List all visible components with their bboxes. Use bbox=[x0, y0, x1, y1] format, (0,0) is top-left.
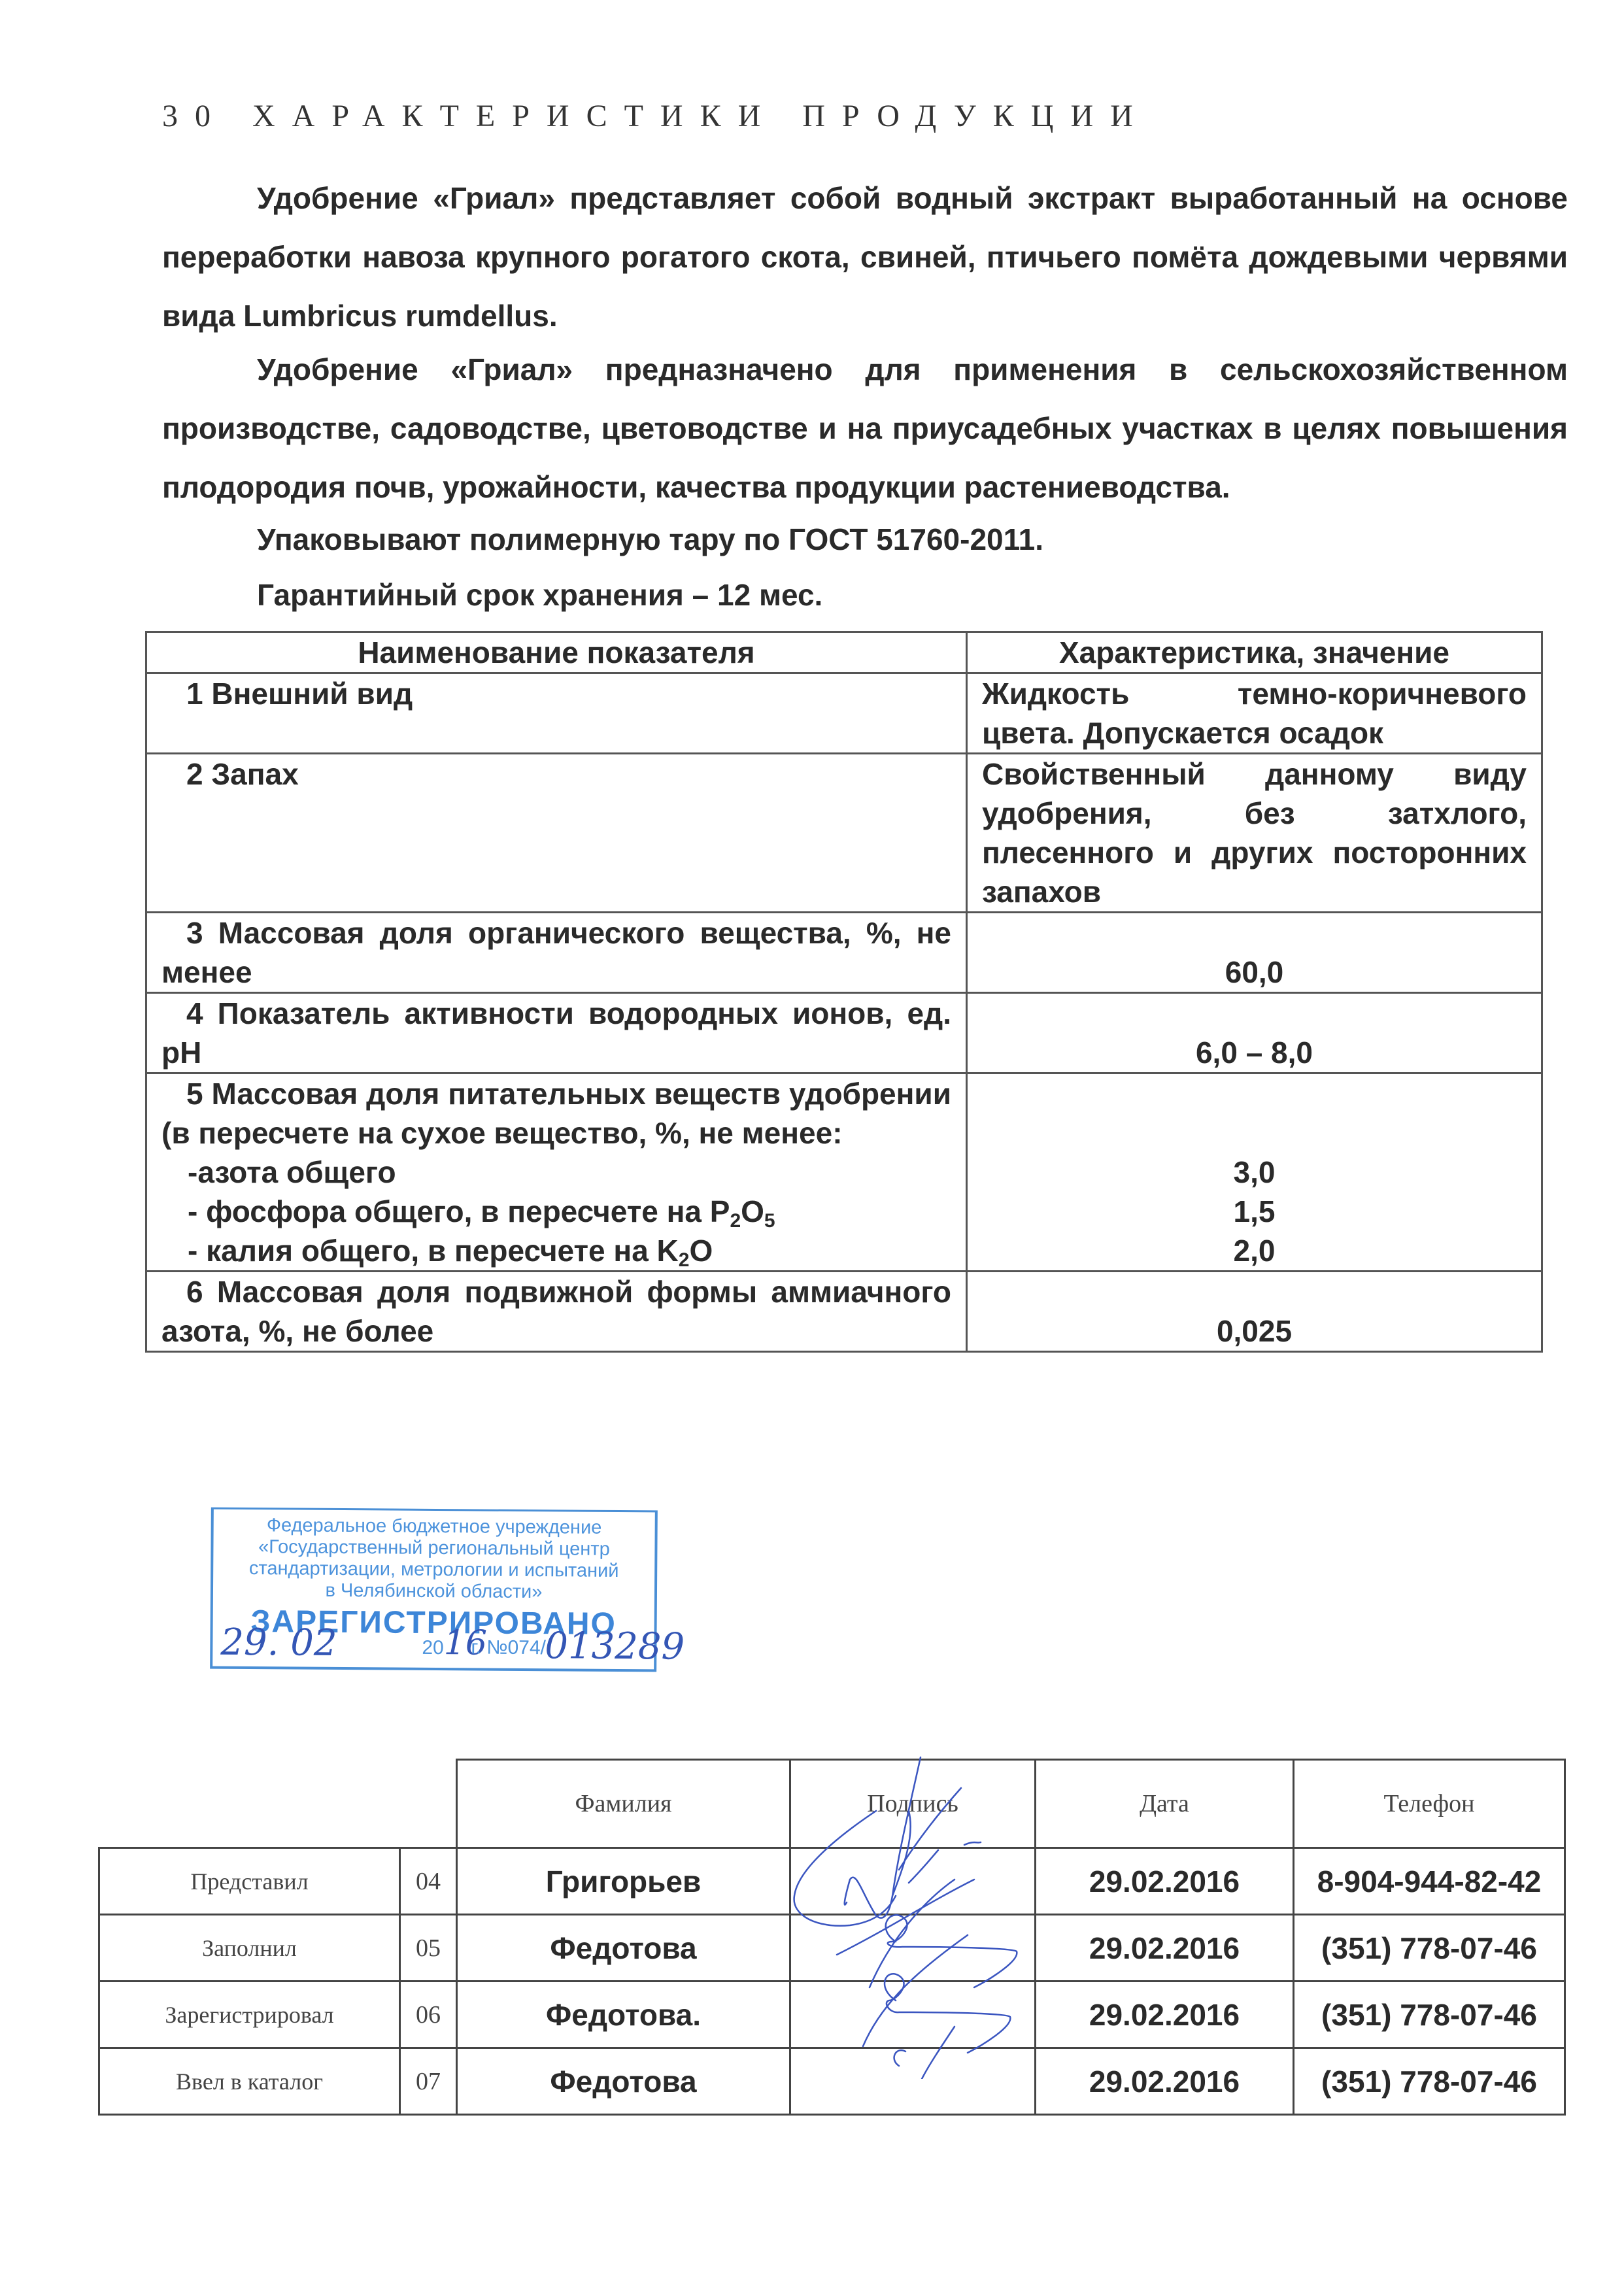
code-cell: 05 bbox=[400, 1915, 457, 1982]
code-cell: 07 bbox=[400, 2048, 457, 2115]
table-row: 6 Массовая доля подвижной формы аммиачно… bbox=[146, 1272, 1542, 1352]
stamp-org-line: в Челябинской области» bbox=[213, 1579, 654, 1604]
indicator-value: 60,0 bbox=[967, 913, 1542, 993]
table-row: Ввел в каталог 07 Федотова 29.02.2016 (3… bbox=[99, 2048, 1565, 2115]
phone-cell: 8-904-944-82-42 bbox=[1294, 1848, 1565, 1915]
table-row: 1 Внешний вид Жидкость темно-коричневого… bbox=[146, 673, 1542, 754]
indicator-label-text: 4 Показатель активности водородных ионов… bbox=[161, 996, 951, 1070]
surname-cell: Федотова. bbox=[457, 1982, 790, 2048]
date-cell: 29.02.2016 bbox=[1036, 1915, 1294, 1982]
indicator-label-text: 3 Массовая доля органического вещества, … bbox=[161, 916, 951, 989]
column-header-indicator: Наименование показателя bbox=[146, 632, 967, 673]
column-header-signature: Подпись bbox=[790, 1760, 1036, 1848]
table-row: Заполнил 05 Федотова 29.02.2016 (351) 77… bbox=[99, 1915, 1565, 1982]
paragraph-text: Гарантийный срок хранения – 12 мес. bbox=[257, 578, 822, 612]
paragraph-text: Упаковывают полимерную тару по ГОСТ 5176… bbox=[257, 522, 1043, 556]
role-cell: Зарегистрировал bbox=[99, 1982, 400, 2048]
stamp-org-line: «Государственный региональный центр bbox=[213, 1536, 654, 1561]
date-cell: 29.02.2016 bbox=[1036, 1982, 1294, 2048]
surname-cell: Федотова bbox=[457, 1915, 790, 1982]
indicator-label-text: 6 Массовая доля подвижной формы аммиачно… bbox=[161, 1275, 951, 1348]
registration-header-row: Фамилия Подпись Дата Телефон bbox=[99, 1760, 1565, 1848]
paragraph-text: Удобрение «Гриал» предназначено для прим… bbox=[162, 352, 1568, 504]
paragraph-purpose: Удобрение «Гриал» предназначено для прим… bbox=[162, 340, 1568, 516]
table-row: 3 Массовая доля органического вещества, … bbox=[146, 913, 1542, 993]
paragraph-shelf-life: Гарантийный срок хранения – 12 мес. bbox=[162, 565, 1568, 624]
paragraph-text: Удобрение «Гриал» представляет собой вод… bbox=[162, 181, 1568, 333]
table-row: 2 Запах Свойственный данному виду удобре… bbox=[146, 754, 1542, 913]
indicator-label: 2 Запах bbox=[146, 754, 967, 913]
role-cell: Ввел в каталог bbox=[99, 2048, 400, 2115]
nutrient-nitrogen-label: -азота общего bbox=[161, 1153, 951, 1192]
registration-table: Фамилия Подпись Дата Телефон Представил … bbox=[98, 1759, 1566, 2116]
code-cell: 04 bbox=[400, 1848, 457, 1915]
stamp-handwritten-date: 29. 02 bbox=[220, 1621, 337, 1664]
section-title: 30 ХАРАКТЕРИСТИКИ ПРОДУКЦИИ bbox=[162, 98, 1150, 134]
nutrient-potassium-label: - калия общего, в пересчете на K2O bbox=[161, 1231, 951, 1270]
nutrient-phosphorus-value: 1,5 bbox=[982, 1192, 1527, 1231]
nutrient-phosphorus-label: - фосфора общего, в пересчете на P2O5 bbox=[161, 1192, 951, 1231]
column-header-surname: Фамилия bbox=[457, 1760, 790, 1848]
surname-cell: Григорьев bbox=[457, 1848, 790, 1915]
indicator-label: 6 Массовая доля подвижной формы аммиачно… bbox=[146, 1272, 967, 1352]
indicator-value: Свойственный данному виду удобрения, без… bbox=[967, 754, 1542, 913]
stamp-number-prefix: г. №074/ bbox=[471, 1636, 546, 1659]
indicator-label: 3 Массовая доля органического вещества, … bbox=[146, 913, 967, 993]
table-row: Зарегистрировал 06 Федотова. 29.02.2016 … bbox=[99, 1982, 1565, 2048]
table-row: Представил 04 Григорьев 29.02.2016 8-904… bbox=[99, 1848, 1565, 1915]
signature-cell bbox=[790, 1982, 1036, 2048]
date-cell: 29.02.2016 bbox=[1036, 1848, 1294, 1915]
indicator-value: Жидкость темно-коричневого цвета. Допуск… bbox=[967, 673, 1542, 754]
signature-cell bbox=[790, 1848, 1036, 1915]
role-cell: Заполнил bbox=[99, 1915, 400, 1982]
indicator-label: 4 Показатель активности водородных ионов… bbox=[146, 993, 967, 1073]
column-header-value: Характеристика, значение bbox=[967, 632, 1542, 673]
indicator-label: 5 Массовая доля питательных веществ удоб… bbox=[146, 1073, 967, 1272]
nutrient-potassium-value: 2,0 bbox=[982, 1231, 1527, 1270]
role-cell: Представил bbox=[99, 1848, 400, 1915]
signature-cell bbox=[790, 2048, 1036, 2115]
phone-cell: (351) 778-07-46 bbox=[1294, 1915, 1565, 1982]
indicator-label-text: 5 Массовая доля питательных веществ удоб… bbox=[161, 1074, 951, 1153]
nutrient-nitrogen-value: 3,0 bbox=[982, 1153, 1527, 1192]
specs-header-row: Наименование показателя Характеристика, … bbox=[146, 632, 1542, 673]
signature-cell bbox=[790, 1915, 1036, 1982]
phone-cell: (351) 778-07-46 bbox=[1294, 1982, 1565, 2048]
registration-stamp: Федеральное бюджетное учреждение «Госуда… bbox=[210, 1508, 658, 1672]
indicator-label: 1 Внешний вид bbox=[146, 673, 967, 754]
column-header-date: Дата bbox=[1036, 1760, 1294, 1848]
date-cell: 29.02.2016 bbox=[1036, 2048, 1294, 2115]
table-row: 4 Показатель активности водородных ионов… bbox=[146, 993, 1542, 1073]
indicator-value: 3,0 1,5 2,0 bbox=[967, 1073, 1542, 1272]
specs-table: Наименование показателя Характеристика, … bbox=[145, 631, 1543, 1353]
stamp-organization: Федеральное бюджетное учреждение «Госуда… bbox=[213, 1510, 655, 1604]
stamp-handwritten-number: 013289 bbox=[545, 1625, 685, 1668]
code-cell: 06 bbox=[400, 1982, 457, 2048]
table-row: 5 Массовая доля питательных веществ удоб… bbox=[146, 1073, 1542, 1272]
stamp-org-line: Федеральное бюджетное учреждение bbox=[214, 1515, 655, 1540]
paragraph-packaging: Упаковывают полимерную тару по ГОСТ 5176… bbox=[162, 510, 1568, 569]
paragraph-description: Удобрение «Гриал» представляет собой вод… bbox=[162, 169, 1568, 345]
indicator-value: 0,025 bbox=[967, 1272, 1542, 1352]
phone-cell: (351) 778-07-46 bbox=[1294, 2048, 1565, 2115]
indicator-value: 6,0 – 8,0 bbox=[967, 993, 1542, 1073]
column-header-phone: Телефон bbox=[1294, 1760, 1565, 1848]
stamp-org-line: стандартизации, метрологии и испытаний bbox=[213, 1558, 654, 1583]
surname-cell: Федотова bbox=[457, 2048, 790, 2115]
